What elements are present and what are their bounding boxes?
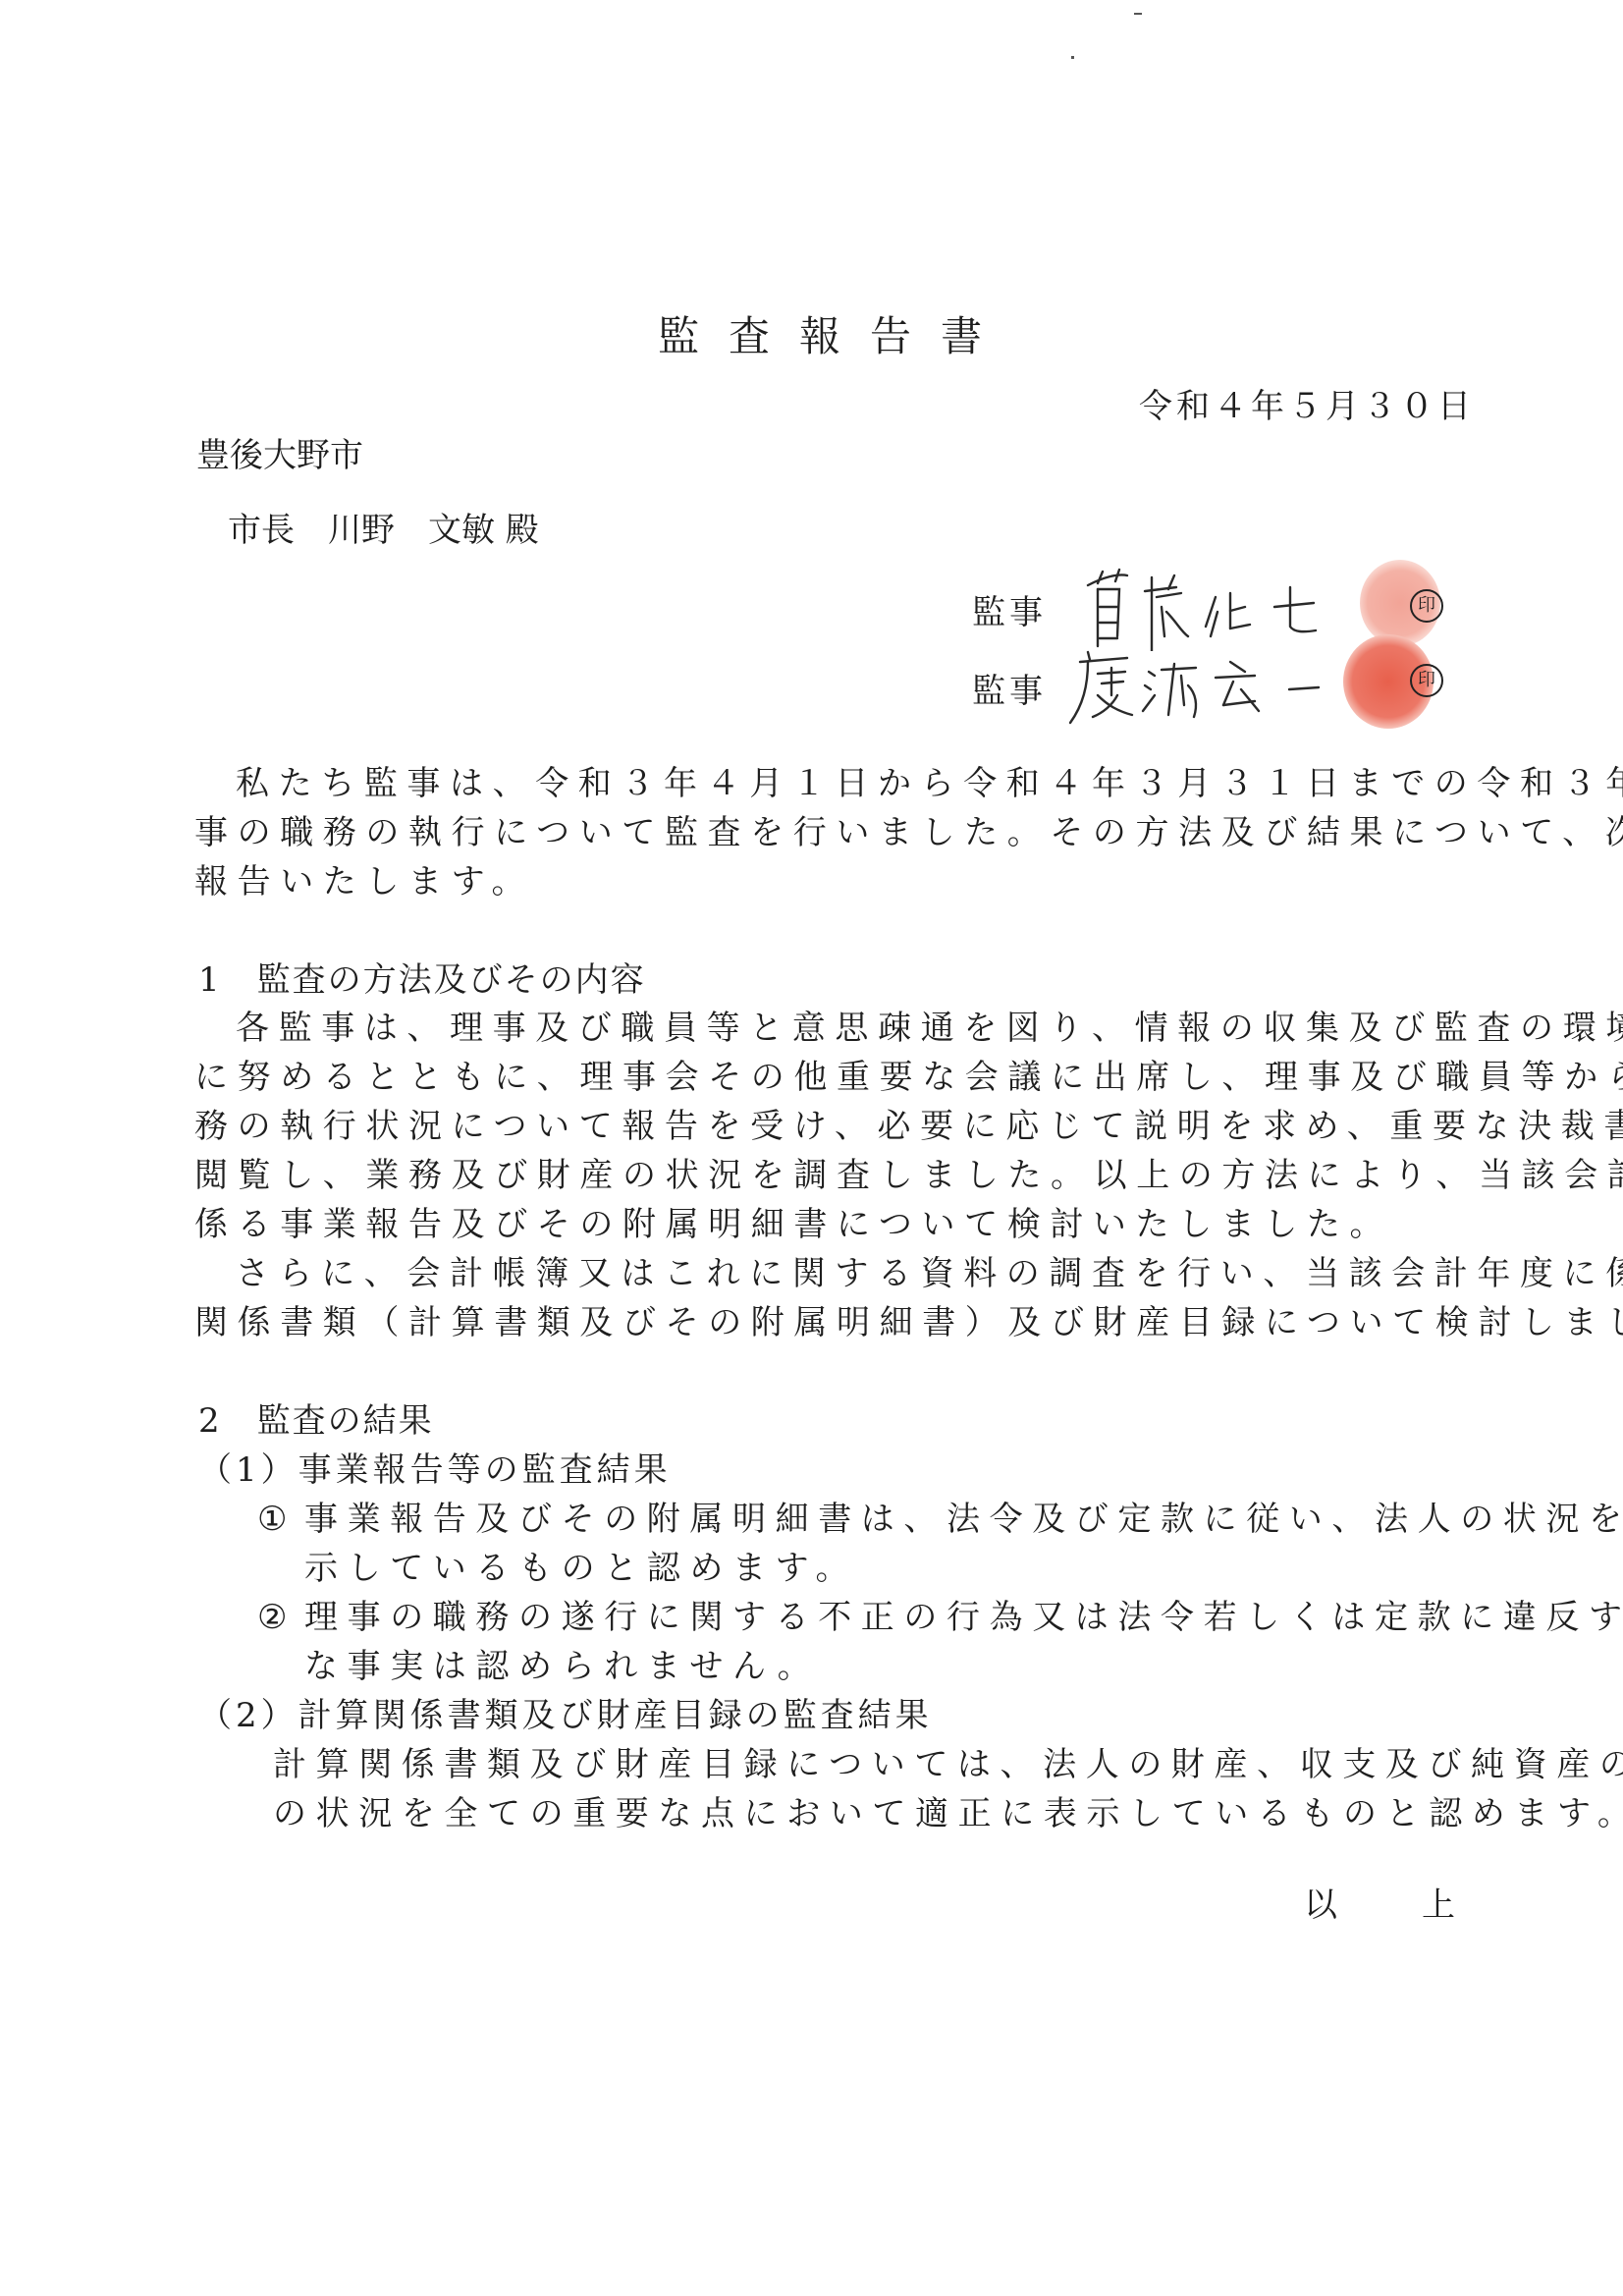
scan-speck — [1071, 56, 1074, 59]
document-title: 監査報告書 — [658, 304, 1011, 363]
result-item-line: 事業報告及びその附属明細書は、法令及び定款に従い、法人の状況を正しく — [304, 1500, 1623, 1539]
section1-heading: 1 監査の方法及びその内容 — [198, 960, 646, 1000]
closing-mark: 以 上 — [1304, 1886, 1461, 1925]
section2-sub2-heading: （2）計算関係書類及び財産目録の監査結果 — [198, 1696, 933, 1735]
signatory-role: 監事 — [972, 664, 1047, 712]
result-item-line: 理事の職務の遂行に関する不正の行為又は法令若しくは定款に違反する重大 — [304, 1598, 1623, 1637]
addressee-organization: 豊後大野市 — [196, 436, 363, 475]
result-item-marker: ② — [257, 1598, 297, 1637]
seal-mark: 印 — [1410, 664, 1443, 697]
result-item-line: な事実は認められません。 — [304, 1647, 820, 1686]
section2-heading: 2 監査の結果 — [198, 1401, 434, 1441]
signatory-role: 監事 — [972, 585, 1047, 633]
section2-sub2-line: 計算関係書類及び財産目録については、法人の財産、収支及び純資産の増減 — [273, 1745, 1623, 1784]
section1-line: 務の執行状況について報告を受け、必要に応じて説明を求め、重要な決裁書類等を — [194, 1107, 1623, 1146]
section1-line: 係る事業報告及びその附属明細書について検討いたしました。 — [194, 1205, 1392, 1244]
document-page: 監査報告書 令和４年５月３０日 豊後大野市 市長 川野 文敏 殿 監事 印 監事 — [0, 0, 1623, 2296]
seal-mark: 印 — [1410, 589, 1443, 623]
signatory-2: 監事 印 — [972, 646, 1463, 725]
section1-line: 関係書類（計算書類及びその附属明細書）及び財産目録について検討しました。 — [194, 1303, 1623, 1342]
intro-line-2: 事の職務の執行について監査を行いました。その方法及び結果について、次の通り — [194, 813, 1623, 852]
result-item-line: 示しているものと認めます。 — [304, 1549, 858, 1588]
intro-line-1: 私たち監事は、令和３年４月１日から令和４年３月３１日までの令和３年度の理 — [236, 764, 1623, 803]
section1-line: さらに、会計帳簿又はこれに関する資料の調査を行い、当該会計年度に係る計算 — [236, 1254, 1623, 1293]
addressee-recipient: 市長 川野 文敏 殿 — [228, 511, 539, 550]
result-item-marker: ① — [257, 1500, 297, 1539]
handwritten-signature-2 — [1058, 646, 1363, 725]
section2-sub1-heading: （1）事業報告等の監査結果 — [198, 1450, 672, 1490]
section1-line: に努めるとともに、理事会その他重要な会議に出席し、理事及び職員等からその職 — [194, 1058, 1623, 1097]
section1-line: 閲覧し、業務及び財産の状況を調査しました。以上の方法により、当該会計年度に — [194, 1156, 1623, 1195]
intro-line-3: 報告いたします。 — [194, 862, 534, 902]
scan-speck — [1134, 13, 1142, 15]
section1-line: 各監事は、理事及び職員等と意思疎通を図り、情報の収集及び監査の環境の整備 — [236, 1009, 1623, 1048]
handwritten-signature-1 — [1058, 568, 1363, 651]
document-date: 令和４年５月３０日 — [1139, 387, 1475, 426]
section2-sub2-line: の状況を全ての重要な点において適正に表示しているものと認めます。 — [273, 1794, 1623, 1833]
